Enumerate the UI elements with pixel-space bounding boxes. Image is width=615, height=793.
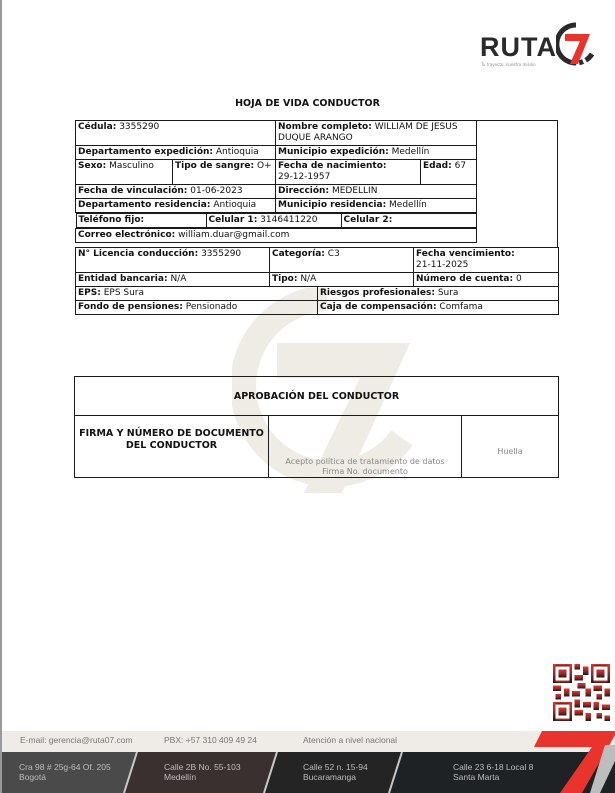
table-row: Fecha de vinculación: 01-06-2023 Direcci… bbox=[76, 185, 477, 199]
license-benefits-table: N° Licencia conducción: 3355290 Categorí… bbox=[75, 247, 559, 315]
logo-seven-icon bbox=[556, 22, 596, 68]
document-title: HOJA DE VIDA CONDUCTOR bbox=[0, 98, 615, 109]
footer-email: E-mail: gerencia@ruta07.com bbox=[20, 735, 133, 745]
correo-cell: Correo electrónico: william.duar@gmail.c… bbox=[76, 229, 477, 243]
office-bogota: Cra 98 # 25g-64 Of. 205Bogotá bbox=[19, 762, 111, 782]
signature-box[interactable]: Acepto política de tratamiento de datosF… bbox=[269, 416, 462, 478]
approval-title: APROBACIÓN DEL CONDUCTOR bbox=[75, 377, 559, 416]
banco-cell: Entidad bancaria: N/A bbox=[76, 273, 270, 287]
footer-seven-accent-icon bbox=[520, 731, 615, 793]
sexo-cell: Sexo: Masculino bbox=[76, 160, 173, 185]
table-row: Entidad bancaria: N/A Tipo: N/A Número d… bbox=[76, 273, 559, 287]
ruta7-logo: RUTA Tu trayecto, nuestra misión bbox=[480, 22, 598, 72]
photo-box bbox=[476, 120, 558, 247]
riesgos-cell: Riesgos profesionales: Sura bbox=[318, 287, 559, 301]
direccion-cell: Dirección: MEDELLIN bbox=[276, 185, 477, 199]
cedula-cell: Cédula: 3355290 bbox=[76, 121, 276, 146]
caja-cell: Caja de compensación: Comfama bbox=[318, 301, 559, 315]
cuenta-cell: Número de cuenta: 0 bbox=[414, 273, 559, 287]
pensiones-cell: Fondo de pensiones: Pensionado bbox=[76, 301, 318, 315]
office-bucaramanga: Calle 52 n. 15-94Bucaramanga bbox=[303, 762, 368, 782]
fingerprint-box[interactable]: Huella bbox=[462, 416, 559, 478]
table-row: Sexo: Masculino Tipo de sangre: O+ Fecha… bbox=[76, 160, 477, 185]
celular2-cell: Celular 2: bbox=[341, 214, 476, 228]
nombre-cell: Nombre completo: WILLIAM DE JESUS DUQUE … bbox=[276, 121, 477, 146]
depto-exp-cell: Departamento expedición: Antioquia bbox=[76, 146, 276, 160]
categoria-cell: Categoría: C3 bbox=[270, 248, 414, 273]
office-medellin: Calle 2B No. 55-103Medellín bbox=[164, 762, 241, 782]
table-row: Cédula: 3355290 Nombre completo: WILLIAM… bbox=[76, 121, 477, 146]
signature-label: FIRMA Y NÚMERO DE DOCUMENTO DEL CONDUCTO… bbox=[75, 416, 269, 478]
personal-data-table: Cédula: 3355290 Nombre completo: WILLIAM… bbox=[75, 120, 477, 243]
celular1-cell: Celular 1: 3146411220 bbox=[206, 214, 341, 228]
logo-tagline: Tu trayecto, nuestra misión bbox=[481, 62, 536, 67]
licencia-cell: N° Licencia conducción: 3355290 bbox=[76, 248, 270, 273]
table-row: N° Licencia conducción: 3355290 Categorí… bbox=[76, 248, 559, 273]
page-left-edge bbox=[0, 0, 2, 793]
footer-pbx: PBX: +57 310 409 49 24 bbox=[164, 735, 257, 745]
table-row: Teléfono fijo: Celular 1: 3146411220 Cel… bbox=[76, 213, 477, 229]
mun-res-cell: Municipio residencia: Medellín bbox=[276, 199, 477, 213]
logo-wordmark: RUTA bbox=[480, 32, 557, 63]
approval-table: APROBACIÓN DEL CONDUCTOR FIRMA Y NÚMERO … bbox=[74, 376, 559, 478]
sangre-cell: Tipo de sangre: O+ bbox=[173, 160, 276, 185]
vencimiento-cell: Fecha vencimiento:21-11-2025 bbox=[414, 248, 559, 273]
edad-cell: Edad: 67 bbox=[421, 160, 477, 185]
table-row: Departamento expedición: Antioquia Munic… bbox=[76, 146, 477, 160]
table-row: Fondo de pensiones: Pensionado Caja de c… bbox=[76, 301, 559, 315]
depto-res-cell: Departamento residencia: Antioquia bbox=[76, 199, 276, 213]
qr-code-icon bbox=[553, 664, 610, 721]
table-row: EPS: EPS Sura Riesgos profesionales: Sur… bbox=[76, 287, 559, 301]
table-row: Correo electrónico: william.duar@gmail.c… bbox=[76, 229, 477, 243]
nacimiento-cell: Fecha de nacimiento:29-12-1957 bbox=[276, 160, 421, 185]
tipo-cell: Tipo: N/A bbox=[270, 273, 414, 287]
table-row: Departamento residencia: Antioquia Munic… bbox=[76, 199, 477, 213]
vinculacion-cell: Fecha de vinculación: 01-06-2023 bbox=[76, 185, 276, 199]
eps-cell: EPS: EPS Sura bbox=[76, 287, 318, 301]
footer-coverage: Atención a nivel nacional bbox=[303, 735, 397, 745]
tel-fijo-cell: Teléfono fijo: bbox=[76, 214, 206, 228]
mun-exp-cell: Municipio expedición: Medellín bbox=[276, 146, 477, 160]
